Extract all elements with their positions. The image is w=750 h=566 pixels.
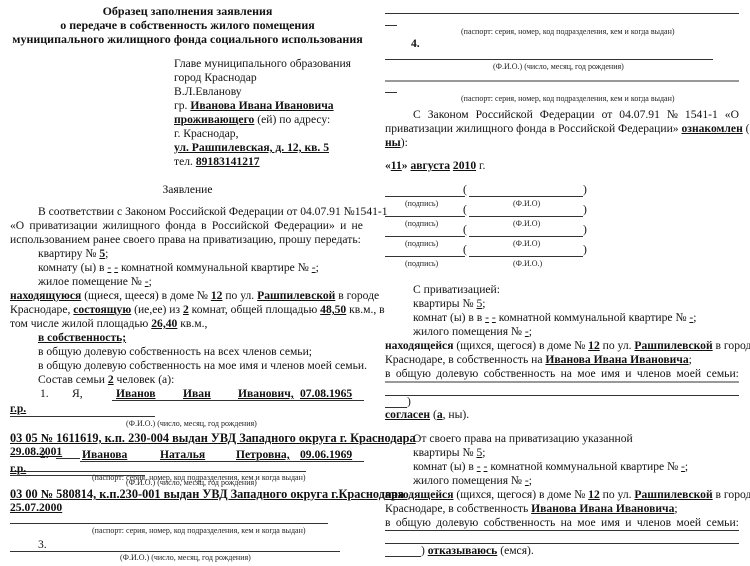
acquainted-word[interactable]: ознакомлен [682,122,743,135]
caption-passport: (паспорт: серия, номер, код подразделени… [461,94,675,103]
consent-apartment-line: квартиры № 5; [413,297,486,311]
ack-date: «11» августа 2010 г. [385,159,485,173]
underline [10,475,145,476]
fill-line[interactable] [385,381,739,383]
underline [385,59,713,60]
caption-fio-dob: (Ф.И.О.) (число, месяц, год рождения) [126,478,257,487]
refusal-line: ) отказываюсь (емся). [421,544,534,558]
caption-passport: (паспорт: серия, номер, код подразделени… [461,27,675,36]
member-first-name[interactable]: Наталья [160,448,205,462]
consent-agree-line: согласен (а, ны). [385,408,469,422]
agree-word[interactable]: согласен [385,408,430,421]
underline [80,461,364,462]
caption-passport: (паспорт: серия, номер, код подразделени… [92,526,306,535]
underline [385,80,739,82]
date-day[interactable]: 11 [391,159,402,172]
member-number: 4. [411,37,420,51]
ack-line-3: ны): [385,136,408,150]
underline [385,13,739,14]
fio-field[interactable] [469,236,583,237]
consent-living-line: жилого помещения № -; [413,325,532,339]
left-members: 2. Иванова Наталья Петровна, 09.06.1969 … [0,0,375,566]
underline [385,92,397,93]
ack-line-2: приватизации жилищного фонда в Российско… [385,122,750,136]
date-month[interactable]: августа [410,159,450,172]
refusal-living-line: жилого помещения № -; [413,474,532,488]
caption-fio-dob: (Ф.И.О.) (число, месяц, год рождения) [120,553,251,562]
refusal-owner-line: Краснодаре, в собственность Иванова Иван… [385,502,678,516]
right-page: (паспорт: серия, номер, код подразделени… [375,0,750,566]
consent-room-line: комнат (ы) в в - - комнатной коммунально… [413,311,697,325]
consent-located-line: находящейся (щихся, щегося) в доме № 12 … [385,339,750,353]
member-number: 3. [38,538,47,552]
date-year[interactable]: 2010 [453,159,476,172]
fill-line[interactable] [385,556,421,557]
member-gr: г.р. [10,462,26,476]
refusal-shared-line: в общую долевую собственность на мое имя… [385,516,739,530]
member-number: 2. [40,448,49,462]
consent-owner-line: Краснодаре, в собственность на Иванова И… [385,353,692,367]
signature-field[interactable] [385,236,465,237]
fio-field[interactable] [469,196,583,197]
member-passport-line-2[interactable]: 25.07.2000 [10,501,62,515]
refusal-intro: От своего права на приватизацию указанно… [413,432,633,446]
caption-fio-dob: (Ф.И.О.) (число, месяц, год рождения) [493,62,624,71]
fill-line[interactable] [385,395,739,396]
refusal-room-line: комнат (ы) в - - комнатной коммунальной … [413,460,688,474]
ack-line-1: С Законом Российской Федерации от 04.07.… [413,108,739,122]
underline [10,523,328,524]
member-dob[interactable]: 09.06.1969 [300,448,352,462]
consent-shared-line: в общую долевую собственность на мое имя… [385,367,739,381]
close-paren: ) [407,395,411,409]
refusal-located-line: находящейся (щихся, щегося) в доме № 12 … [385,488,750,502]
fio-field[interactable] [469,256,583,257]
underline [385,25,397,26]
owner-name[interactable]: Иванова Ивана Ивановича [545,353,688,366]
owner-name[interactable]: Иванова Ивана Ивановича [531,502,674,515]
refusal-apartment-line: квартиры № 5; [413,446,486,460]
signature-field[interactable] [385,256,465,257]
underline [10,551,340,552]
member-middle-name[interactable]: Петровна, [236,448,290,462]
fio-field[interactable] [469,216,583,217]
signature-field[interactable] [385,216,465,217]
signature-field[interactable] [385,196,465,197]
fill-line[interactable] [385,530,739,531]
member-passport-line-1[interactable]: 03 00 № 580814, к.п.230-001 выдан УВД За… [10,487,404,501]
refuse-word[interactable]: отказываюсь [428,544,498,557]
member-last-name[interactable]: Иванова [82,448,127,462]
consent-intro: С приватизацией: [413,283,500,297]
